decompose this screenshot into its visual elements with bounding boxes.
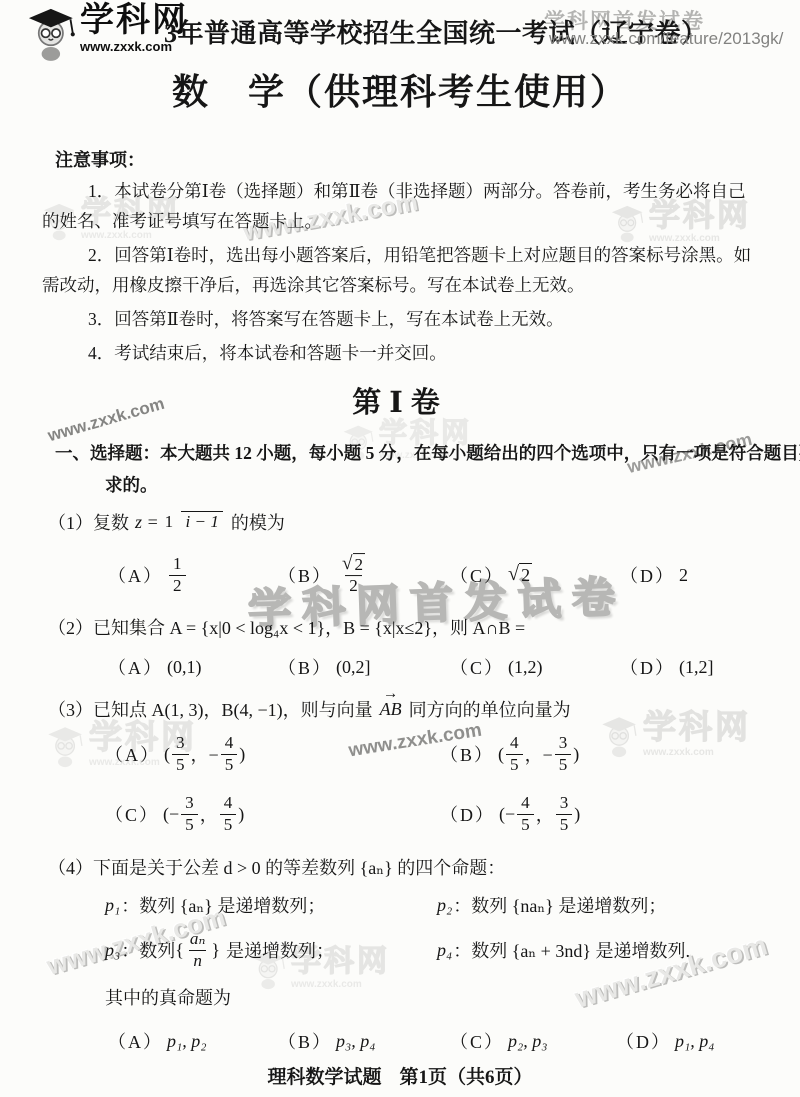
radical-sign: √ bbox=[342, 553, 353, 574]
option-label: （A） bbox=[108, 1028, 163, 1054]
question-4-propositions-row-2: p₃ ：数列 { aₙn } 是递增数列； p₄：数列 {aₙ + 3nd} 是… bbox=[0, 924, 800, 976]
option-value: (0,1) bbox=[167, 657, 202, 678]
option-label: （A） bbox=[108, 562, 163, 588]
option-value: p₁, p₄ bbox=[675, 1031, 715, 1052]
option-label: （B） bbox=[440, 741, 494, 767]
watermark-brand-url: www.zxxk.com bbox=[291, 980, 390, 990]
fraction-numerator: 3 bbox=[556, 793, 573, 814]
fraction-numerator: 3 bbox=[555, 733, 572, 754]
option-value: (0,2] bbox=[336, 657, 371, 678]
option-d: （D）(1,2] bbox=[620, 654, 714, 680]
fraction: 35 bbox=[181, 793, 198, 835]
option-b: （B） ( 45 ，− 35 ) bbox=[440, 733, 579, 775]
option-c: （C） (− 35 ， 45 ) bbox=[105, 793, 244, 835]
proposition-p2: p₂：数列 {naₙ} 是递增数列； bbox=[437, 892, 666, 918]
p4-text: ：数列 {aₙ + 3nd} 是递增数列. bbox=[453, 937, 690, 963]
zxxk-logo: 学科网 www.zxxk.com bbox=[26, 2, 188, 62]
fraction: 35 bbox=[555, 733, 572, 775]
question-4-stem: （4） 下面是关于公差 d > 0 的等差数列 {aₙ} 的四个命题： bbox=[48, 852, 505, 882]
option-label: （D） bbox=[616, 1028, 671, 1054]
option-label: （A） bbox=[108, 654, 163, 680]
zxxk-mascot-icon bbox=[26, 2, 78, 62]
option-label: （B） bbox=[278, 654, 332, 680]
question-3-stem: （3） 已知点 A(1, 3)，B(4, −1)，则与向量 →AB 同方向的单位… bbox=[48, 694, 571, 724]
proposition-p4: p₄：数列 {aₙ + 3nd} 是递增数列. bbox=[437, 937, 690, 963]
section-intro: 一、选择题：本大题共 12 小题，每小题 5 分，在每小题给出的四个选项中，只有… bbox=[55, 437, 800, 501]
option-label: （C） bbox=[450, 1028, 504, 1054]
p2-label: p₂ bbox=[437, 895, 452, 916]
option-label: （B） bbox=[278, 562, 332, 588]
footer-page-label: 第1页（共6页） bbox=[400, 1067, 533, 1088]
option-a: （A） 12 bbox=[108, 554, 188, 596]
option-label: （C） bbox=[450, 562, 504, 588]
p3-text: 是递增数列； bbox=[226, 937, 334, 963]
option-c: （C）p₂, p₃ bbox=[450, 1028, 548, 1054]
question-4-options: （A）p₁, p₂ （B）p₃, p₄ （C）p₂, p₃ （D）p₁, p₄ bbox=[0, 1024, 800, 1058]
option-c: （C） √2 bbox=[450, 562, 532, 588]
option-b: （B） √2 2 bbox=[278, 553, 371, 597]
radical-sign: √ bbox=[508, 563, 519, 585]
fraction: 35 bbox=[172, 733, 189, 775]
zxxk-logo-text: 学科网 bbox=[80, 2, 188, 39]
question-1-text: 的模为 bbox=[231, 509, 285, 535]
fraction: 35 bbox=[556, 793, 573, 835]
question-3-number: （3） bbox=[48, 696, 93, 722]
option-c: （C）(1,2) bbox=[450, 654, 543, 680]
fraction-numerator: 3 bbox=[181, 793, 198, 814]
zxxk-logo-url: www.zxxk.com bbox=[80, 39, 188, 54]
question-3-text: 已知点 A(1, 3)，B(4, −1)，则与向量 bbox=[93, 696, 373, 722]
fraction-denominator: 5 bbox=[181, 814, 198, 836]
fraction-denominator: 5 bbox=[221, 754, 238, 776]
option-d: （D）p₁, p₄ bbox=[616, 1028, 715, 1054]
option-label: （C） bbox=[105, 801, 159, 827]
option-a: （A） ( 35 ，− 45 ) bbox=[105, 733, 245, 775]
fraction-numerator: 4 bbox=[221, 733, 238, 754]
subject-title: 数 学（供理科考生使用） bbox=[0, 64, 800, 115]
option-label: （D） bbox=[440, 801, 495, 827]
notice-item-4: 4．考试结束后，将本试卷和答题卡一并交回。 bbox=[42, 338, 754, 368]
notice-item-1: 1．本试卷分第Ⅰ卷（选择题）和第Ⅱ卷（非选择题）两部分。答卷前，考生务必将自己的… bbox=[42, 176, 754, 236]
question-3-options-row-1: （A） ( 35 ，− 45 ) （B） ( 45 ，− 35 ) bbox=[0, 726, 800, 782]
option-value: 2 bbox=[679, 565, 688, 586]
question-1-text: 复数 bbox=[93, 509, 129, 535]
question-4-propositions-row-1: p₁：数列 {aₙ} 是递增数列； p₂：数列 {naₙ} 是递增数列； bbox=[0, 890, 800, 920]
option-label: （D） bbox=[620, 562, 675, 588]
fraction-denominator: 2 bbox=[345, 575, 362, 597]
fraction-denominator: 5 bbox=[172, 754, 189, 776]
feature-url-text: www.zxxk.com/feature/2013gk/ bbox=[549, 29, 783, 49]
fraction: 45 bbox=[220, 793, 237, 835]
p4-label: p₄ bbox=[437, 940, 452, 961]
option-d: （D） 2 bbox=[620, 562, 688, 588]
paren: ) bbox=[573, 744, 579, 765]
option-label: （A） bbox=[105, 741, 160, 767]
question-1-number: （1） bbox=[48, 509, 93, 535]
conclusion-text: 其中的真命题为 bbox=[105, 984, 231, 1010]
p3-label: p₃ bbox=[105, 940, 120, 961]
fraction-denominator: 5 bbox=[506, 754, 523, 776]
paren: (− bbox=[163, 804, 179, 825]
fraction-denominator: 5 bbox=[220, 814, 237, 836]
radicand: 2 bbox=[353, 553, 366, 575]
fraction: 1 i − 1 bbox=[161, 512, 223, 533]
separator: ，− bbox=[525, 741, 553, 767]
notice-heading: 注意事项： bbox=[55, 146, 145, 172]
part1-heading: 第Ⅰ卷 bbox=[0, 380, 800, 421]
paren: ) bbox=[238, 804, 244, 825]
radicand: 2 bbox=[519, 563, 532, 587]
fraction-numerator: 1 bbox=[161, 512, 178, 531]
paren: ) bbox=[239, 744, 245, 765]
question-2-stem: （2） 已知集合 A = {x|0 < log₄x < 1}，B = {x|x≤… bbox=[48, 612, 525, 642]
brace: { bbox=[175, 940, 184, 961]
fraction-denominator: 2 bbox=[169, 575, 186, 597]
question-1-options: （A） 12 （B） √2 2 （C） √2 （D） 2 bbox=[0, 548, 800, 602]
option-d: （D） (− 45 ， 35 ) bbox=[440, 793, 580, 835]
paren: (− bbox=[499, 804, 515, 825]
option-b: （B）(0,2] bbox=[278, 654, 371, 680]
fraction-numerator: 1 bbox=[169, 554, 186, 575]
fraction-denominator: 5 bbox=[556, 814, 573, 836]
question-3-text: 同方向的单位向量为 bbox=[409, 696, 571, 722]
fraction: 45 bbox=[221, 733, 238, 775]
vector-ab: →AB bbox=[377, 699, 405, 720]
notice-list: 1．本试卷分第Ⅰ卷（选择题）和第Ⅱ卷（非选择题）两部分。答卷前，考生务必将自己的… bbox=[42, 176, 754, 372]
question-1-stem: （1） 复数 z = 1 i − 1 的模为 bbox=[48, 496, 285, 548]
fraction-denominator: 5 bbox=[555, 754, 572, 776]
proposition-p3: p₃ ：数列 { aₙn } 是递增数列； bbox=[105, 929, 334, 971]
option-value: (1,2] bbox=[679, 657, 714, 678]
fraction: 12 bbox=[169, 554, 186, 596]
fraction: √2 2 bbox=[338, 553, 369, 597]
fraction-numerator: 4 bbox=[220, 793, 237, 814]
fraction: 45 bbox=[517, 793, 534, 835]
fraction-denominator: 5 bbox=[517, 814, 534, 836]
footer-doc-label: 理科数学试题 bbox=[267, 1067, 381, 1088]
paren: ( bbox=[164, 744, 170, 765]
math-expression: z = bbox=[135, 512, 159, 533]
option-a: （A）(0,1) bbox=[108, 654, 202, 680]
separator: ，− bbox=[191, 741, 219, 767]
option-value: p₃, p₄ bbox=[336, 1031, 376, 1052]
fraction-denominator: i − 1 bbox=[181, 511, 222, 531]
square-root: √2 bbox=[508, 563, 532, 587]
question-3-options-row-2: （C） (− 35 ， 45 ) （D） (− 45 ， 35 ) bbox=[0, 786, 800, 842]
p2-text: ：数列 {naₙ} 是递增数列； bbox=[453, 892, 666, 918]
question-2-number: （2） bbox=[48, 614, 93, 640]
option-label: （C） bbox=[450, 654, 504, 680]
vector-arrow: → bbox=[377, 686, 405, 701]
brace: } bbox=[211, 940, 220, 961]
notice-item-3: 3．回答第Ⅱ卷时，将答案写在答题卡上，写在本试卷上无效。 bbox=[42, 304, 754, 334]
notice-item-2: 2．回答第Ⅰ卷时，选出每小题答案后，用铅笔把答题卡上对应题目的答案标号涂黑。如需… bbox=[42, 240, 754, 300]
p1-text: ：数列 {aₙ} 是递增数列； bbox=[121, 892, 325, 918]
paren: ) bbox=[574, 804, 580, 825]
separator: ， bbox=[200, 801, 218, 827]
question-4-text: 下面是关于公差 d > 0 的等差数列 {aₙ} 的四个命题： bbox=[93, 854, 505, 880]
fraction-numerator: 4 bbox=[517, 793, 534, 814]
square-root: √2 bbox=[342, 553, 365, 575]
fraction: aₙn bbox=[186, 929, 209, 971]
p3-text: ：数列 bbox=[121, 937, 175, 963]
option-a: （A）p₁, p₂ bbox=[108, 1028, 207, 1054]
option-value: p₁, p₂ bbox=[167, 1031, 207, 1052]
paren: ( bbox=[498, 744, 504, 765]
question-4-conclusion: 其中的真命题为 bbox=[105, 984, 231, 1010]
fraction-numerator: aₙ bbox=[186, 929, 209, 950]
option-value: p₂, p₃ bbox=[508, 1031, 548, 1052]
option-b: （B）p₃, p₄ bbox=[278, 1028, 376, 1054]
fraction-numerator: 3 bbox=[172, 733, 189, 754]
question-2-options: （A）(0,1) （B）(0,2] （C）(1,2) （D）(1,2] bbox=[0, 650, 800, 684]
question-2-text: 已知集合 A = {x|0 < log₄x < 1}，B = {x|x≤2}，则… bbox=[93, 614, 525, 640]
question-4-number: （4） bbox=[48, 854, 93, 880]
page-footer: 理科数学试题第1页（共6页） bbox=[0, 1062, 800, 1089]
option-label: （D） bbox=[620, 654, 675, 680]
fraction: 45 bbox=[506, 733, 523, 775]
p1-label: p₁ bbox=[105, 895, 120, 916]
separator: ， bbox=[536, 801, 554, 827]
fraction-denominator: n bbox=[189, 950, 206, 972]
option-label: （B） bbox=[278, 1028, 332, 1054]
fraction-numerator: √2 bbox=[338, 553, 369, 575]
fraction-numerator: 4 bbox=[506, 733, 523, 754]
proposition-p1: p₁：数列 {aₙ} 是递增数列； bbox=[105, 892, 325, 918]
exam-paper-page: 学科网首发试卷 学科网www.zxxk.com www.zxxk.com 学科网… bbox=[0, 0, 800, 1097]
option-value: (1,2) bbox=[508, 657, 543, 678]
